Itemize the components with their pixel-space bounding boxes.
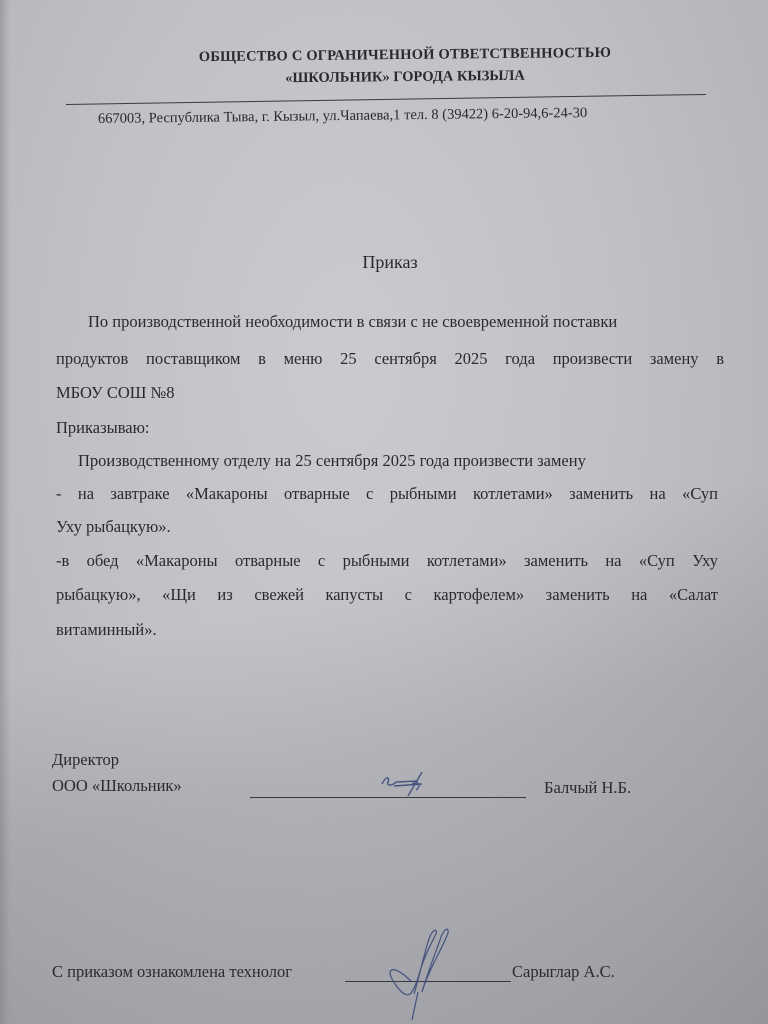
breakfast-line-2: Уху рыбацкую». bbox=[56, 517, 171, 537]
lunch-line-2: рыбацкую», «Щи из свежей капусты с карто… bbox=[56, 585, 718, 605]
director-title: Директор bbox=[52, 750, 119, 770]
breakfast-line-1: - на завтраке «Макароны отварные с рыбны… bbox=[56, 484, 718, 504]
director-org: ООО «Школьник» bbox=[52, 776, 182, 796]
page-edge bbox=[0, 0, 10, 1024]
technologist-name: Сарыглар А.С. bbox=[512, 962, 615, 982]
director-signature bbox=[378, 770, 438, 798]
order-line-1: Производственному отделу на 25 сентября … bbox=[78, 451, 586, 471]
technologist-signature bbox=[382, 922, 462, 1022]
lunch-line-3: витаминный». bbox=[56, 620, 157, 640]
order-word: Приказываю: bbox=[56, 418, 150, 438]
intro-line-3: МБОУ СОШ №8 bbox=[56, 383, 175, 403]
director-name: Балчый Н.Б. bbox=[544, 778, 631, 798]
acknowledgement-text: С приказом ознакомлена технолог bbox=[52, 962, 292, 982]
intro-line-1: По производственной необходимости в связ… bbox=[88, 312, 724, 332]
document-title: Приказ bbox=[300, 252, 480, 273]
lunch-line-1: -в обед «Макароны отварные с рыбными кот… bbox=[56, 551, 718, 571]
document-page bbox=[0, 0, 768, 1024]
intro-line-2: продуктов поставщиком в меню 25 сентября… bbox=[56, 349, 724, 369]
